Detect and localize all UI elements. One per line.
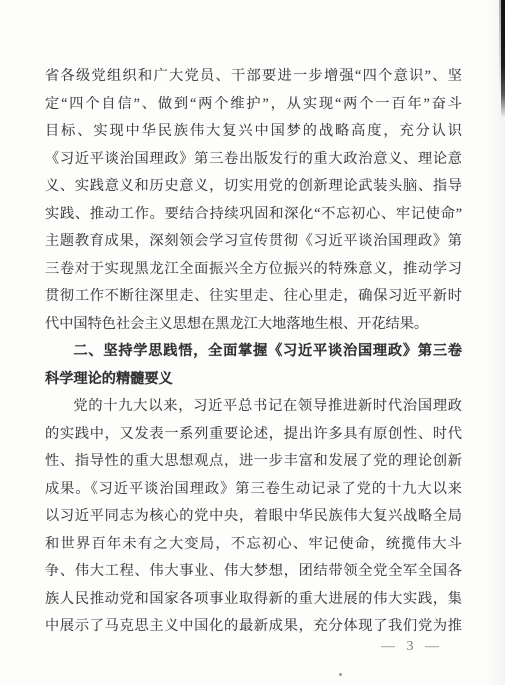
body-line: 的实践中，又发表一系列重要论述，提出许多具有原创性、时代 bbox=[45, 421, 462, 449]
section-heading-line: 科学理论的精髓要义 bbox=[45, 366, 462, 394]
body-line: 代中国特色社会主义思想在黑龙江大地落地生根、开花结果。 bbox=[45, 311, 462, 339]
body-line: 《习近平谈治国理政》第三卷出版发行的重大政治意义、理论意 bbox=[45, 146, 462, 174]
scan-edge-shadow bbox=[499, 0, 502, 95]
body-line: 义、实践意义和历史意义，切实用党的创新理论武装头脑、指导 bbox=[45, 173, 462, 201]
body-line: 和世界百年未有之大变局，不忘初心、牢记使命，统揽伟大斗 bbox=[45, 531, 462, 559]
body-line: 争、伟大工程、伟大事业、伟大梦想，团结带领全党全军全国各 bbox=[45, 558, 462, 586]
document-page: 省各级党组织和广大党员、干部要进一步增强“四个意识”、坚 定“四个自信”、做到“… bbox=[0, 0, 505, 685]
section-heading-line: 二、坚持学思践悟，全面掌握《习近平谈治国理政》第三卷 bbox=[45, 338, 462, 366]
document-text-block: 省各级党组织和广大党员、干部要进一步增强“四个意识”、坚 定“四个自信”、做到“… bbox=[45, 63, 462, 641]
body-line: 性、指导性的重大思想观点，进一步丰富和发展了党的理论创新 bbox=[45, 448, 462, 476]
body-line: 目标、实现中华民族伟大复兴中国梦的战略高度，充分认识 bbox=[45, 118, 462, 146]
body-line: 实践、推动工作。要结合持续巩固和深化“不忘初心、牢记使命” bbox=[45, 201, 462, 229]
page-number: — 3 — bbox=[381, 639, 443, 655]
body-line: 中展示了马克思主义中国化的最新成果，充分体现了我们党为推 bbox=[45, 613, 462, 641]
body-line: 成果。《习近平谈治国理政》第三卷生动记录了党的十九大以来 bbox=[45, 476, 462, 504]
body-line: 定“四个自信”、做到“两个维护”，从实现“两个一百年”奋斗 bbox=[45, 91, 462, 119]
body-line: 主题教育成果，深刻领会学习宣传贯彻《习近平谈治国理政》第 bbox=[45, 228, 462, 256]
scan-dot-artifact bbox=[339, 673, 342, 676]
body-line: 党的十九大以来，习近平总书记在领导推进新时代治国理政 bbox=[45, 393, 462, 421]
body-line: 以习近平同志为核心的党中央，着眼中华民族伟大复兴战略全局 bbox=[45, 503, 462, 531]
body-line: 族人民推动党和国家各项事业取得新的重大进展的伟大实践，集 bbox=[45, 586, 462, 614]
body-line: 省各级党组织和广大党员、干部要进一步增强“四个意识”、坚 bbox=[45, 63, 462, 91]
body-line: 三卷对于实现黑龙江全面振兴全方位振兴的特殊意义，推动学习 bbox=[45, 256, 462, 284]
body-line: 贯彻工作不断往深里走、往实里走、往心里走，确保习近平新时 bbox=[45, 283, 462, 311]
